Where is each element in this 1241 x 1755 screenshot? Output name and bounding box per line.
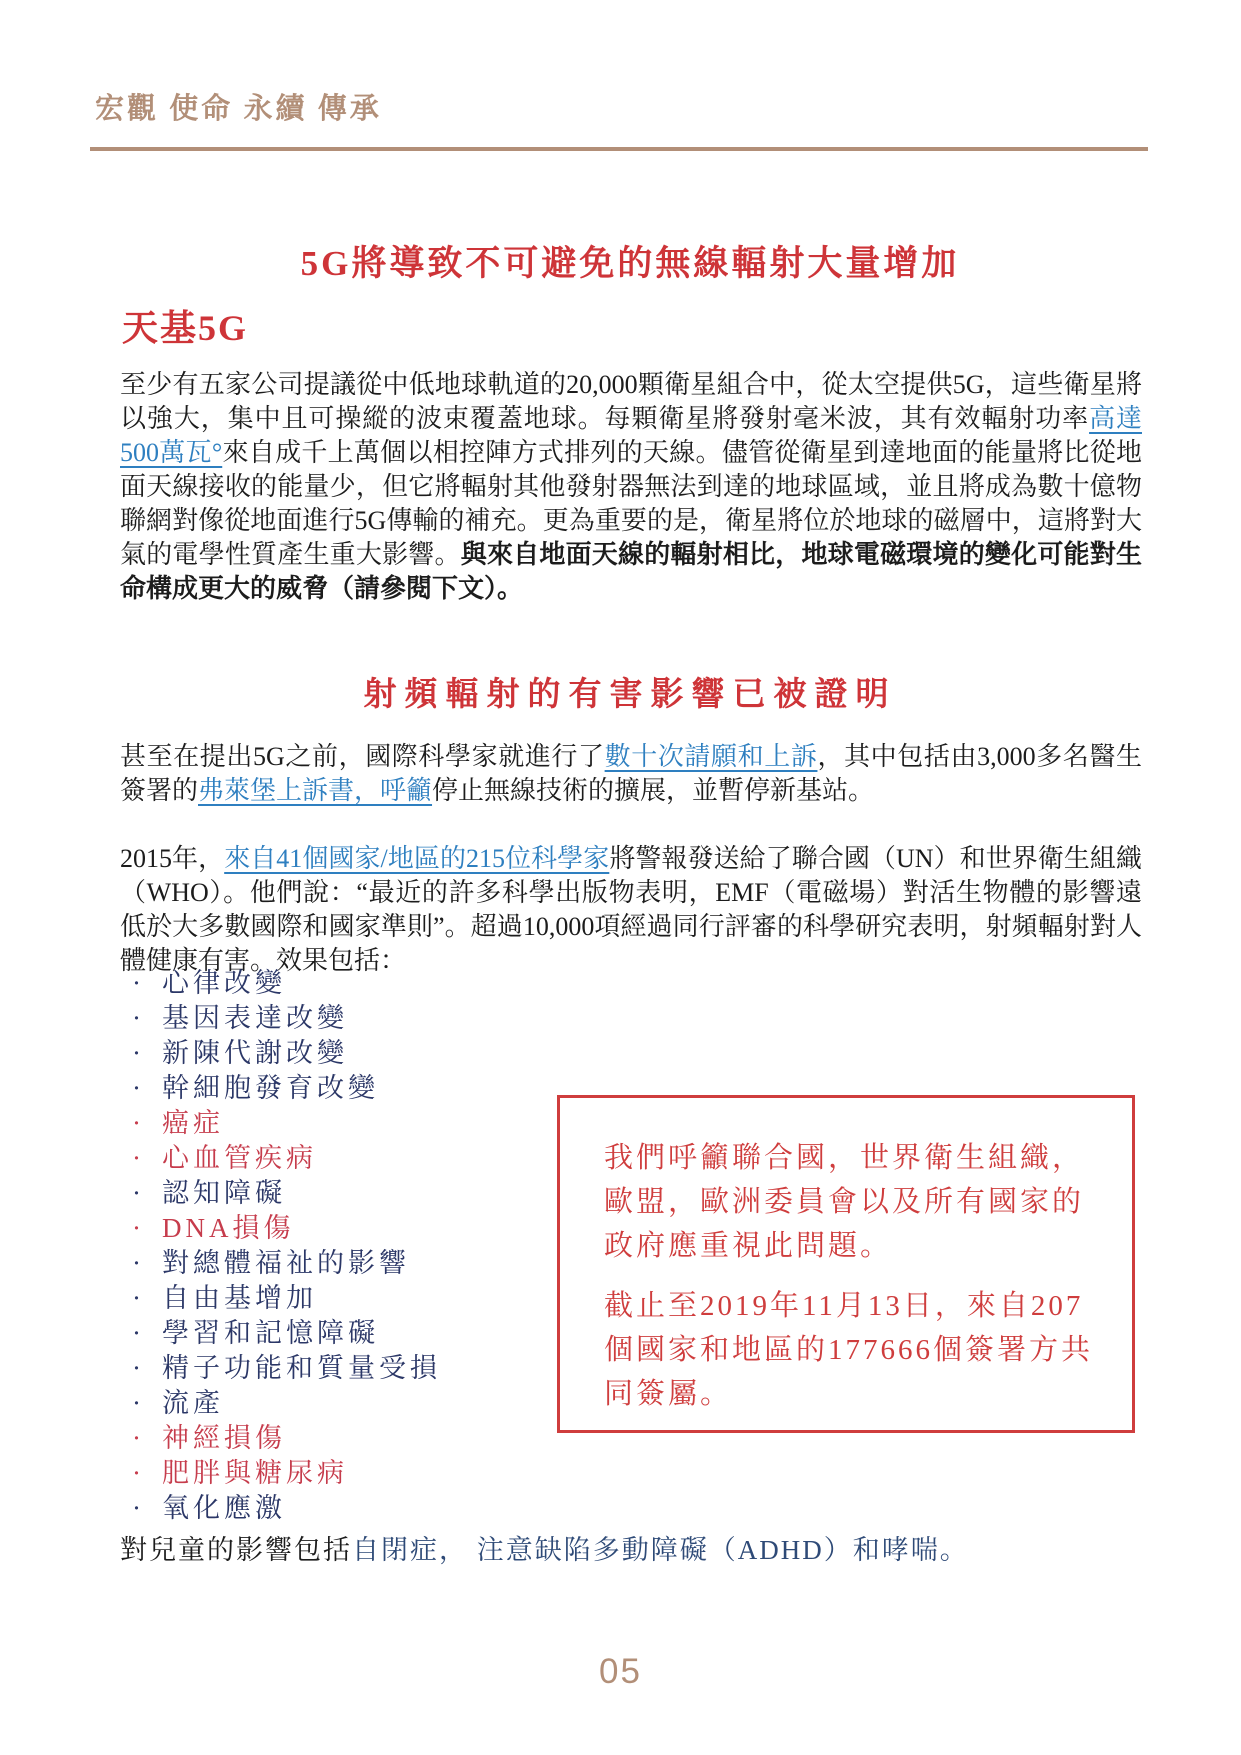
effect-label: 流產 (162, 1388, 224, 1418)
bullet-icon: · (132, 1351, 162, 1386)
effect-list-item: ·幹細胞發育改變 (132, 1071, 572, 1106)
effect-list-item: ·新陳代謝改變 (132, 1036, 572, 1071)
header-divider-rule (90, 147, 1148, 151)
bullet-icon: · (132, 1141, 162, 1176)
section2-title: 射頻輻射的有害影響已被證明 (120, 668, 1140, 715)
effect-label: 神經損傷 (162, 1423, 286, 1453)
effect-label: 學習和記憶障礙 (162, 1318, 379, 1348)
effect-label: 氧化應激 (162, 1493, 286, 1523)
effect-list-item: ·流產 (132, 1386, 572, 1421)
effect-label: 精子功能和質量受損 (162, 1353, 441, 1383)
effect-list-item: ·肥胖與糖尿病 (132, 1456, 572, 1491)
bullet-icon: · (132, 1211, 162, 1246)
bullet-icon: · (132, 1281, 162, 1316)
effect-list-item: ·DNA損傷 (132, 1211, 572, 1246)
section1-subtitle: 天基5G (122, 300, 248, 351)
text-run: 甚至在提出5G之前，國際科學家就進行了 (120, 742, 605, 771)
callout-paragraph-2: 截止至2019年11月13日，來自207個國家和地區的177666個簽署方共同簽… (560, 1284, 1132, 1416)
effect-label: 基因表達改變 (162, 1003, 348, 1033)
effect-label: 心血管疾病 (162, 1143, 317, 1173)
text-run: 自閉症， 注意缺陷多動障礙（ADHD）和哮喘。 (352, 1535, 969, 1565)
callout-paragraph-1: 我們呼籲聯合國，世界衛生組織，歐盟，歐洲委員會以及所有國家的政府應重視此問題。 (560, 1136, 1132, 1268)
bullet-icon: · (132, 1386, 162, 1421)
effects-list: ·心律改變·基因表達改變·新陳代謝改變·幹細胞發育改變·癌症·心血管疾病·認知障… (132, 966, 572, 1526)
bullet-icon: · (132, 1036, 162, 1071)
bullet-icon: · (132, 1421, 162, 1456)
bullet-icon: · (132, 1246, 162, 1281)
effect-label: 新陳代謝改變 (162, 1038, 348, 1068)
section1-title: 5G將導致不可避免的無線輻射大量增加 (120, 236, 1140, 286)
bullet-icon: · (132, 1071, 162, 1106)
effect-label: 心律改變 (162, 968, 286, 998)
text-run: 對兒童的影響包括 (120, 1535, 352, 1565)
effect-label: 癌症 (162, 1108, 224, 1138)
effect-list-item: ·基因表達改變 (132, 1001, 572, 1036)
text-run: 至少有五家公司提議從中低地球軌道的20,000顆衛星組合中，從太空提供5G，這些… (120, 370, 1142, 433)
effect-list-item: ·心律改變 (132, 966, 572, 1001)
header-motto: 宏觀 使命 永續 傳承 (95, 86, 382, 127)
effect-list-item: ·心血管疾病 (132, 1141, 572, 1176)
bullet-icon: · (132, 1316, 162, 1351)
text-run: 2015年， (120, 844, 224, 873)
callout-box: 我們呼籲聯合國，世界衛生組織，歐盟，歐洲委員會以及所有國家的政府應重視此問題。 … (557, 1095, 1135, 1433)
effect-list-item: ·精子功能和質量受損 (132, 1351, 572, 1386)
bullet-icon: · (132, 1456, 162, 1491)
effect-label: 自由基增加 (162, 1283, 317, 1313)
effect-label: DNA損傷 (162, 1213, 295, 1243)
effect-list-item: ·認知障礙 (132, 1176, 572, 1211)
bullet-icon: · (132, 966, 162, 1001)
document-page: 宏觀 使命 永續 傳承 5G將導致不可避免的無線輻射大量增加 天基5G 至少有五… (0, 0, 1241, 1755)
effect-list-item: ·學習和記憶障礙 (132, 1316, 572, 1351)
page-number: 05 (0, 1652, 1241, 1692)
bullet-icon: · (132, 1106, 162, 1141)
effect-list-item: ·氧化應激 (132, 1491, 572, 1526)
effect-list-item: ·神經損傷 (132, 1421, 572, 1456)
effect-list-item: ·自由基增加 (132, 1281, 572, 1316)
bullet-icon: · (132, 1176, 162, 1211)
children-effects-line: 對兒童的影響包括自閉症， 注意缺陷多動障礙（ADHD）和哮喘。 (120, 1532, 1180, 1568)
section2-intro-paragraph-2: 2015年，來自41個國家/地區的215位科學家將警報發送給了聯合國（UN）和世… (120, 842, 1142, 978)
text-run: 停止無線技術的擴展，並暫停新基站。 (432, 776, 874, 805)
effect-list-item: ·癌症 (132, 1106, 572, 1141)
inline-text-link[interactable]: 數十次請願和上訴 (605, 742, 818, 771)
effect-label: 對總體福祉的影響 (162, 1248, 410, 1278)
effect-list-item: ·對總體福祉的影響 (132, 1246, 572, 1281)
bullet-icon: · (132, 1001, 162, 1036)
section1-paragraph: 至少有五家公司提議從中低地球軌道的20,000顆衛星組合中，從太空提供5G，這些… (120, 368, 1142, 606)
effect-label: 肥胖與糖尿病 (162, 1458, 348, 1488)
bullet-icon: · (132, 1491, 162, 1526)
inline-text-link[interactable]: 弗萊堡上訴書，呼籲 (198, 776, 432, 805)
inline-text-link[interactable]: 來自41個國家/地區的215位科學家 (224, 844, 609, 873)
effect-label: 幹細胞發育改變 (162, 1073, 379, 1103)
effect-label: 認知障礙 (162, 1178, 286, 1208)
section2-intro-paragraph-1: 甚至在提出5G之前，國際科學家就進行了數十次請願和上訴，其中包括由3,000多名… (120, 740, 1142, 808)
